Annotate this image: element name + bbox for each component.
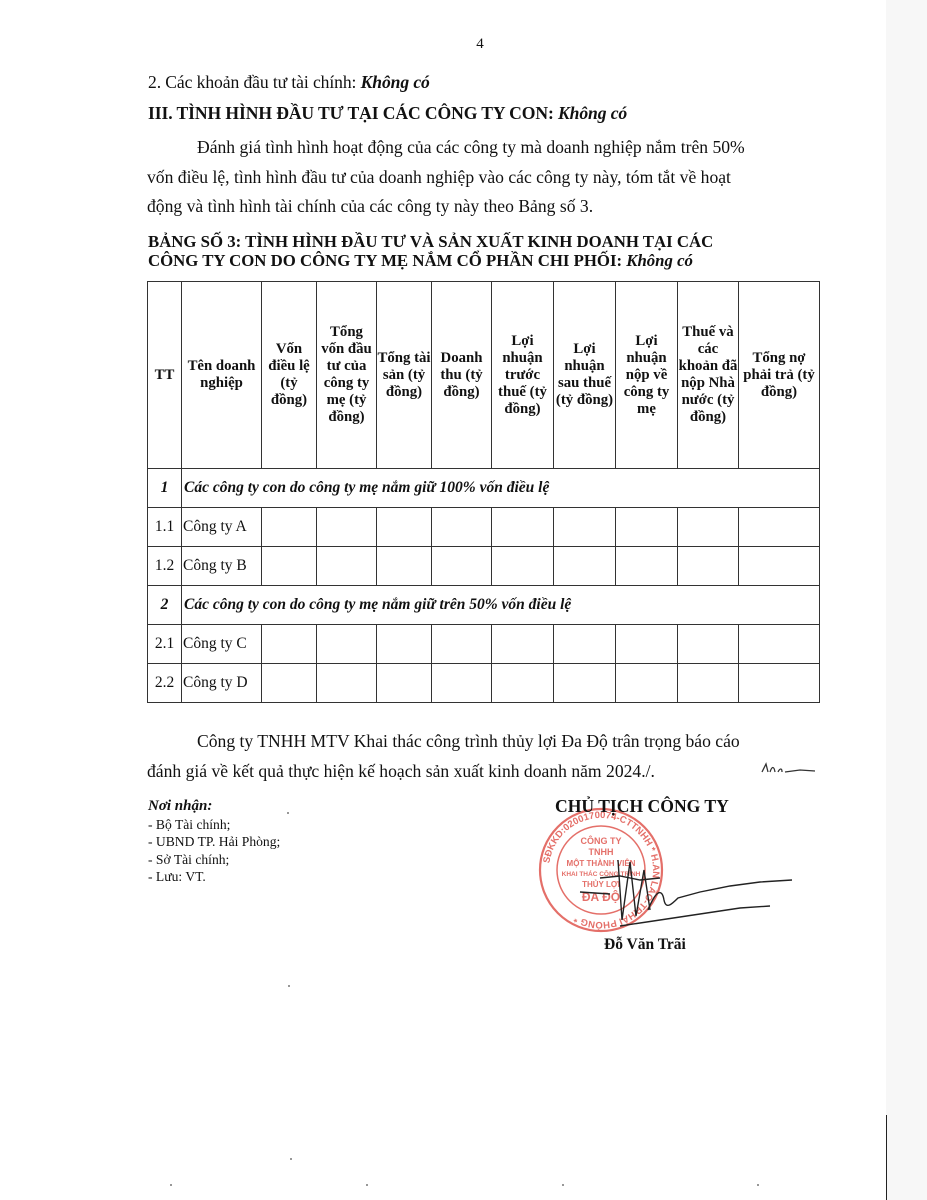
table-title-line-1: BẢNG SỐ 3: TÌNH HÌNH ĐẦU TƯ VÀ SẢN XUẤT … xyxy=(148,232,713,251)
scan-speck xyxy=(562,1184,564,1186)
header-total-liabilities: Tổng nợ phải trả (tỷ đồng) xyxy=(739,282,820,469)
cell xyxy=(432,625,492,664)
cell xyxy=(262,508,317,547)
cell xyxy=(262,625,317,664)
header-revenue: Doanh thu (tỷ đồng) xyxy=(432,282,492,469)
section-iii-label: III. TÌNH HÌNH ĐẦU TƯ TẠI CÁC CÔNG TY CO… xyxy=(148,103,558,123)
recipients-header: Nơi nhận: xyxy=(148,798,280,816)
section-iii-heading: III. TÌNH HÌNH ĐẦU TƯ TẠI CÁC CÔNG TY CO… xyxy=(148,103,627,124)
cell xyxy=(616,508,678,547)
section-2-value: Không có xyxy=(361,72,430,92)
scan-edge-strip xyxy=(886,0,927,1200)
intro-line-2: vốn điều lệ, tình hình đầu tư của doanh … xyxy=(147,163,821,193)
cell xyxy=(377,625,432,664)
table-group-row: 1 Các công ty con do công ty mẹ nắm giữ … xyxy=(148,469,820,508)
cell xyxy=(616,664,678,703)
cell xyxy=(678,508,739,547)
recipients-block: Nơi nhận: - Bộ Tài chính; - UBND TP. Hải… xyxy=(148,798,280,886)
header-profit-before-tax: Lợi nhuận trước thuế (tỷ đồng) xyxy=(492,282,554,469)
group-title: Các công ty con do công ty mẹ nắm giữ 10… xyxy=(182,469,820,508)
subsidiaries-table: TT Tên doanh nghiệp Vốn điều lệ (tỷ đồng… xyxy=(147,281,820,703)
cell xyxy=(616,625,678,664)
scan-speck xyxy=(290,1158,292,1160)
row-company-name: Công ty A xyxy=(182,508,262,547)
row-company-name: Công ty C xyxy=(182,625,262,664)
group-tt: 1 xyxy=(148,469,182,508)
recipient-item: - Lưu: VT. xyxy=(148,868,280,886)
header-total-assets: Tổng tài sản (tỷ đồng) xyxy=(377,282,432,469)
header-parent-investment: Tổng vốn đầu tư của công ty mẹ (tỷ đồng) xyxy=(317,282,377,469)
header-profit-to-parent: Lợi nhuận nộp về công ty mẹ xyxy=(616,282,678,469)
cell xyxy=(739,664,820,703)
cell xyxy=(492,625,554,664)
recipient-item: - UBND TP. Hải Phòng; xyxy=(148,833,280,851)
initials-mark-icon xyxy=(760,760,820,778)
cell xyxy=(432,508,492,547)
cell xyxy=(492,508,554,547)
row-tt: 1.2 xyxy=(148,547,182,586)
scan-speck xyxy=(366,1184,368,1186)
row-tt: 1.1 xyxy=(148,508,182,547)
cell xyxy=(317,547,377,586)
section-2-label: 2. Các khoản đầu tư tài chính: xyxy=(148,72,361,92)
section-2-heading: 2. Các khoản đầu tư tài chính: Không có xyxy=(148,72,430,93)
table-title-line-2: CÔNG TY CON DO CÔNG TY MẸ NẮM CỔ PHẦN CH… xyxy=(148,251,713,270)
header-tt: TT xyxy=(148,282,182,469)
table-row: 1.2 Công ty B xyxy=(148,547,820,586)
cell xyxy=(432,664,492,703)
row-tt: 2.2 xyxy=(148,664,182,703)
closing-line-2: đánh giá về kết quả thực hiện kế hoạch s… xyxy=(147,756,823,786)
intro-line-3: động và tình hình tài chính của các công… xyxy=(147,192,821,222)
cell xyxy=(377,547,432,586)
cell xyxy=(317,664,377,703)
cell xyxy=(678,664,739,703)
handwritten-signature-icon xyxy=(560,840,800,940)
table-row: 1.1 Công ty A xyxy=(148,508,820,547)
header-charter-capital: Vốn điều lệ (tỷ đồng) xyxy=(262,282,317,469)
row-company-name: Công ty B xyxy=(182,547,262,586)
cell xyxy=(616,547,678,586)
cell xyxy=(554,547,616,586)
table-title-value: Không có xyxy=(626,251,693,270)
scan-speck xyxy=(287,812,289,814)
header-taxes-paid: Thuế và các khoản đã nộp Nhà nước (tỷ đồ… xyxy=(678,282,739,469)
cell xyxy=(678,547,739,586)
cell xyxy=(739,547,820,586)
cell xyxy=(262,547,317,586)
closing-paragraph: Công ty TNHH MTV Khai thác công trình th… xyxy=(147,726,823,786)
cell xyxy=(554,664,616,703)
cell xyxy=(678,625,739,664)
scan-edge-line xyxy=(886,1115,887,1200)
table-group-row: 2 Các công ty con do công ty mẹ nắm giữ … xyxy=(148,586,820,625)
intro-paragraph: Đánh giá tình hình hoạt động của các côn… xyxy=(147,133,821,222)
scan-speck xyxy=(757,1184,759,1186)
recipient-item: - Sở Tài chính; xyxy=(148,851,280,869)
page-number: 4 xyxy=(0,36,927,53)
recipient-item: - Bộ Tài chính; xyxy=(148,816,280,834)
cell xyxy=(262,664,317,703)
cell xyxy=(317,625,377,664)
signer-name: Đỗ Văn Trãi xyxy=(604,936,686,954)
group-title: Các công ty con do công ty mẹ nắm giữ tr… xyxy=(182,586,820,625)
scan-speck xyxy=(288,985,290,987)
cell xyxy=(492,664,554,703)
section-iii-value: Không có xyxy=(558,103,627,123)
cell xyxy=(377,664,432,703)
table-header-row: TT Tên doanh nghiệp Vốn điều lệ (tỷ đồng… xyxy=(148,282,820,469)
closing-line-1: Công ty TNHH MTV Khai thác công trình th… xyxy=(147,726,823,756)
cell xyxy=(739,508,820,547)
cell xyxy=(377,508,432,547)
table-title: BẢNG SỐ 3: TÌNH HÌNH ĐẦU TƯ VÀ SẢN XUẤT … xyxy=(148,232,713,270)
cell xyxy=(432,547,492,586)
group-tt: 2 xyxy=(148,586,182,625)
signatory-title: CHỦ TỊCH CÔNG TY xyxy=(555,796,729,817)
header-profit-after-tax: Lợi nhuận sau thuế (tỷ đồng) xyxy=(554,282,616,469)
cell xyxy=(492,547,554,586)
cell xyxy=(554,625,616,664)
scan-speck xyxy=(170,1184,172,1186)
cell xyxy=(554,508,616,547)
cell xyxy=(317,508,377,547)
cell xyxy=(739,625,820,664)
intro-line-1: Đánh giá tình hình hoạt động của các côn… xyxy=(147,133,821,163)
table-row: 2.1 Công ty C xyxy=(148,625,820,664)
header-company-name: Tên doanh nghiệp xyxy=(182,282,262,469)
row-tt: 2.1 xyxy=(148,625,182,664)
row-company-name: Công ty D xyxy=(182,664,262,703)
table-row: 2.2 Công ty D xyxy=(148,664,820,703)
